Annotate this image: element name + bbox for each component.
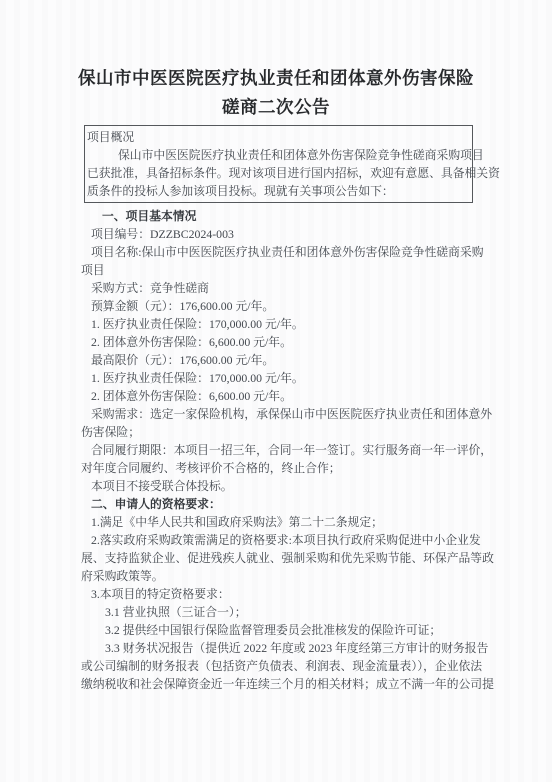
document-line: 府采购政策等。	[81, 567, 481, 585]
document-line: 缴纳税收和社会保障资金近一年连续三个月的相关材料；成立不满一年的公司提	[81, 675, 481, 693]
document-line: 项目名称:保山市中医医院医疗执业责任和团体意外伤害保险竞争性磋商采购	[91, 243, 481, 261]
document-body: 一、项目基本情况项目编号：DZZBC2024-003项目名称:保山市中医医院医疗…	[81, 207, 481, 693]
document-line: 项目	[81, 261, 481, 279]
document-line: 3.2 提供经中国银行保险监督管理委员会批准核发的保险许可证；	[105, 621, 481, 639]
document-line: 1. 医疗执业责任保险：170,000.00 元/年。	[91, 369, 481, 387]
document-line: 合同履行期限：本项目一招三年，合同一年一签订。实行服务商一年一评价，	[91, 441, 481, 459]
document-line: 已获批准，具备招标条件。现对该项目进行国内招标，欢迎有意愿、具备相关资	[87, 164, 468, 182]
announcement-title-line-2: 磋商二次公告	[0, 93, 552, 122]
document-line: 展、支持监狱企业、促进残疾人就业、强制采购和优先采购节能、环保产品等政	[81, 549, 481, 567]
document-line: 最高限价（元）：176,600.00 元/年。	[91, 351, 481, 369]
document-line: 采购方式：竞争性磋商	[91, 279, 481, 297]
document-line: 质条件的投标人参加该项目投标。现就有关事项公告如下：	[87, 182, 468, 200]
document-line: 1. 医疗执业责任保险：170,000.00 元/年。	[91, 315, 481, 333]
document-line: 伤害保险；	[81, 423, 481, 441]
document-line: 预算金额（元）：176,600.00 元/年。	[91, 297, 481, 315]
document-line: 或公司编制的财务报表（包括资产负债表、利润表、现金流量表）），企业依法	[81, 657, 481, 675]
document-line: 3.3 财务状况报告（提供近 2022 年度或 2023 年度经第三方审计的财务…	[105, 639, 481, 657]
document-line: 对年度合同履约、考核评价不合格的，终止合作；	[81, 459, 481, 477]
scanned-document-page: 保山市中医医院医疗执业责任和团体意外伤害保险 磋商二次公告 项目概况保山市中医医…	[0, 0, 552, 782]
document-line: 一、项目基本情况	[102, 207, 481, 225]
document-line: 本项目不接受联合体投标。	[91, 477, 481, 495]
document-line: 3.本项目的特定资格要求：	[91, 585, 481, 603]
document-line: 项目概况	[87, 128, 468, 146]
announcement-title-line-1: 保山市中医医院医疗执业责任和团体意外伤害保险	[0, 64, 552, 93]
document-line: 保山市中医医院医疗执业责任和团体意外伤害保险竞争性磋商采购项目	[118, 146, 468, 164]
document-line: 3.1 营业执照（三证合一）；	[105, 603, 481, 621]
document-line: 项目编号：DZZBC2024-003	[91, 225, 481, 243]
document-line: 2. 团体意外伤害保险：6,600.00 元/年。	[91, 387, 481, 405]
project-overview-box: 项目概况保山市中医医院医疗执业责任和团体意外伤害保险竞争性磋商采购项目已获批准，…	[84, 125, 473, 203]
announcement-title: 保山市中医医院医疗执业责任和团体意外伤害保险 磋商二次公告	[0, 0, 552, 122]
document-line: 2.落实政府采购政策需满足的资格要求:本项目执行政府采购促进中小企业发	[91, 531, 481, 549]
document-line: 1.满足《中华人民共和国政府采购法》第二十二条规定；	[91, 513, 481, 531]
document-line: 2. 团体意外伤害保险：6,600.00 元/年。	[91, 333, 481, 351]
document-line: 采购需求：选定一家保险机构，承保保山市中医医院医疗执业责任和团体意外	[91, 405, 481, 423]
document-line: 二、申请人的资格要求：	[91, 495, 481, 513]
